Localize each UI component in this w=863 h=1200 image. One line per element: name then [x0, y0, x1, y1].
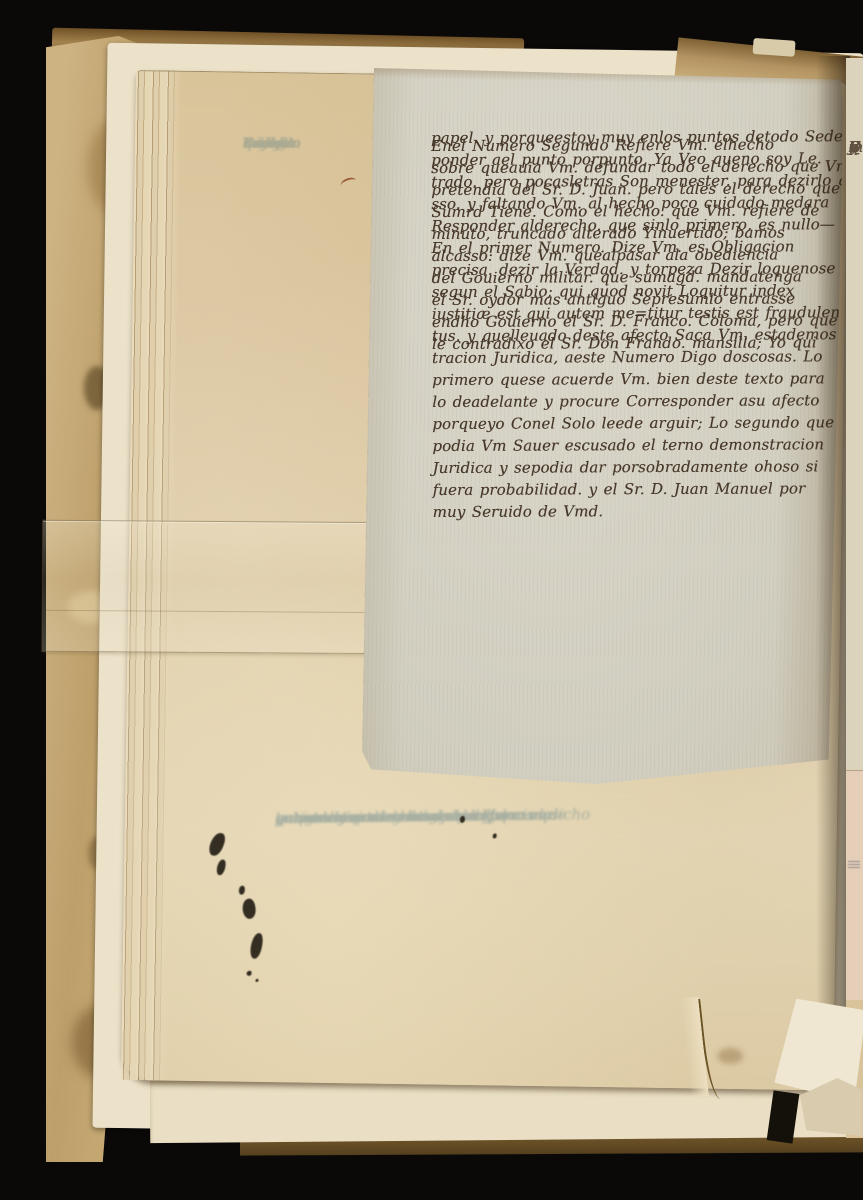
ink-blot	[239, 886, 245, 895]
manuscript-text-block: papel. y porqueestoy muy enlos puntos de…	[431, 125, 833, 127]
ink-blot	[207, 831, 227, 858]
pink-paper-fragment	[846, 770, 863, 1000]
manuscript-line: sobre queauia Vm. defundar todo el derec…	[431, 155, 844, 179]
manuscript-line: porqueyo Conel Solo leede arguir; Lo seg…	[432, 411, 844, 435]
manuscript-line: lo deadelante y procure Corresponder asu…	[432, 389, 844, 413]
protruding-page-tab	[753, 38, 796, 57]
manuscript-line: pretendia del Sr. D. Juan. pero tales el…	[431, 177, 844, 201]
ink-blot	[255, 979, 258, 982]
gutter-shadow	[816, 56, 850, 1104]
manuscript-line: Juridica y sepodia dar porsobradamente o…	[432, 455, 844, 479]
manuscript-line: endho Gouierno el Sr. D. Franco. Coloma,…	[432, 309, 844, 333]
written-laid-paper-sheet: papel. y porqueestoy muy enlos puntos de…	[362, 68, 844, 788]
manuscript-line: el Sr. oydor mas antiguo Sepresumio entr…	[432, 287, 844, 311]
next-page-edge: JaypClttSQmconsPpaVsqcEuGeSym	[846, 58, 863, 1138]
manuscript-line: primero quese acuerde Vm. bien deste tex…	[432, 367, 844, 391]
manuscript-line: Sumrd Tiene. Como el hecho. que Vm. refi…	[431, 199, 844, 223]
manuscript-line: podia Vm Sauer escusado el terno demonst…	[432, 433, 844, 457]
manuscript-line: le contradixo el Sr. Don Frando. mansill…	[432, 331, 844, 355]
ink-blot	[216, 859, 227, 876]
stamp-mark	[848, 859, 860, 868]
manuscript-line: muy Seruido de Vmd.	[433, 499, 844, 523]
manuscript-line: del Gouierno militar. que sumagd. mandat…	[432, 265, 844, 289]
manuscript-photograph: Cual hando deCastelladoy yYaman dde sunu…	[0, 0, 863, 1200]
manuscript-line: fuera probabilidad. y el Sr. D. Juan Man…	[433, 477, 844, 501]
manuscript-line: Enel Numero Segundo Refiere Vm. elhecho	[431, 133, 844, 157]
transparent-repair-strip	[42, 520, 403, 655]
partial-letter: m	[849, 136, 863, 159]
ink-speck	[493, 833, 497, 838]
ghost-text-fragment: hay	[243, 136, 268, 185]
manuscript-paragraph-2: Enel Numero Segundo Refiere Vm. elhechos…	[431, 133, 844, 355]
paper-stain	[717, 1048, 743, 1064]
ghost-text-line: y assi lo firmo	[275, 808, 382, 840]
manuscript-line: minuto, truncado alterado Yinuertido; ba…	[431, 221, 844, 245]
manuscript-line: alcasso: dize Vm. quealpasar ala obedien…	[431, 243, 843, 267]
